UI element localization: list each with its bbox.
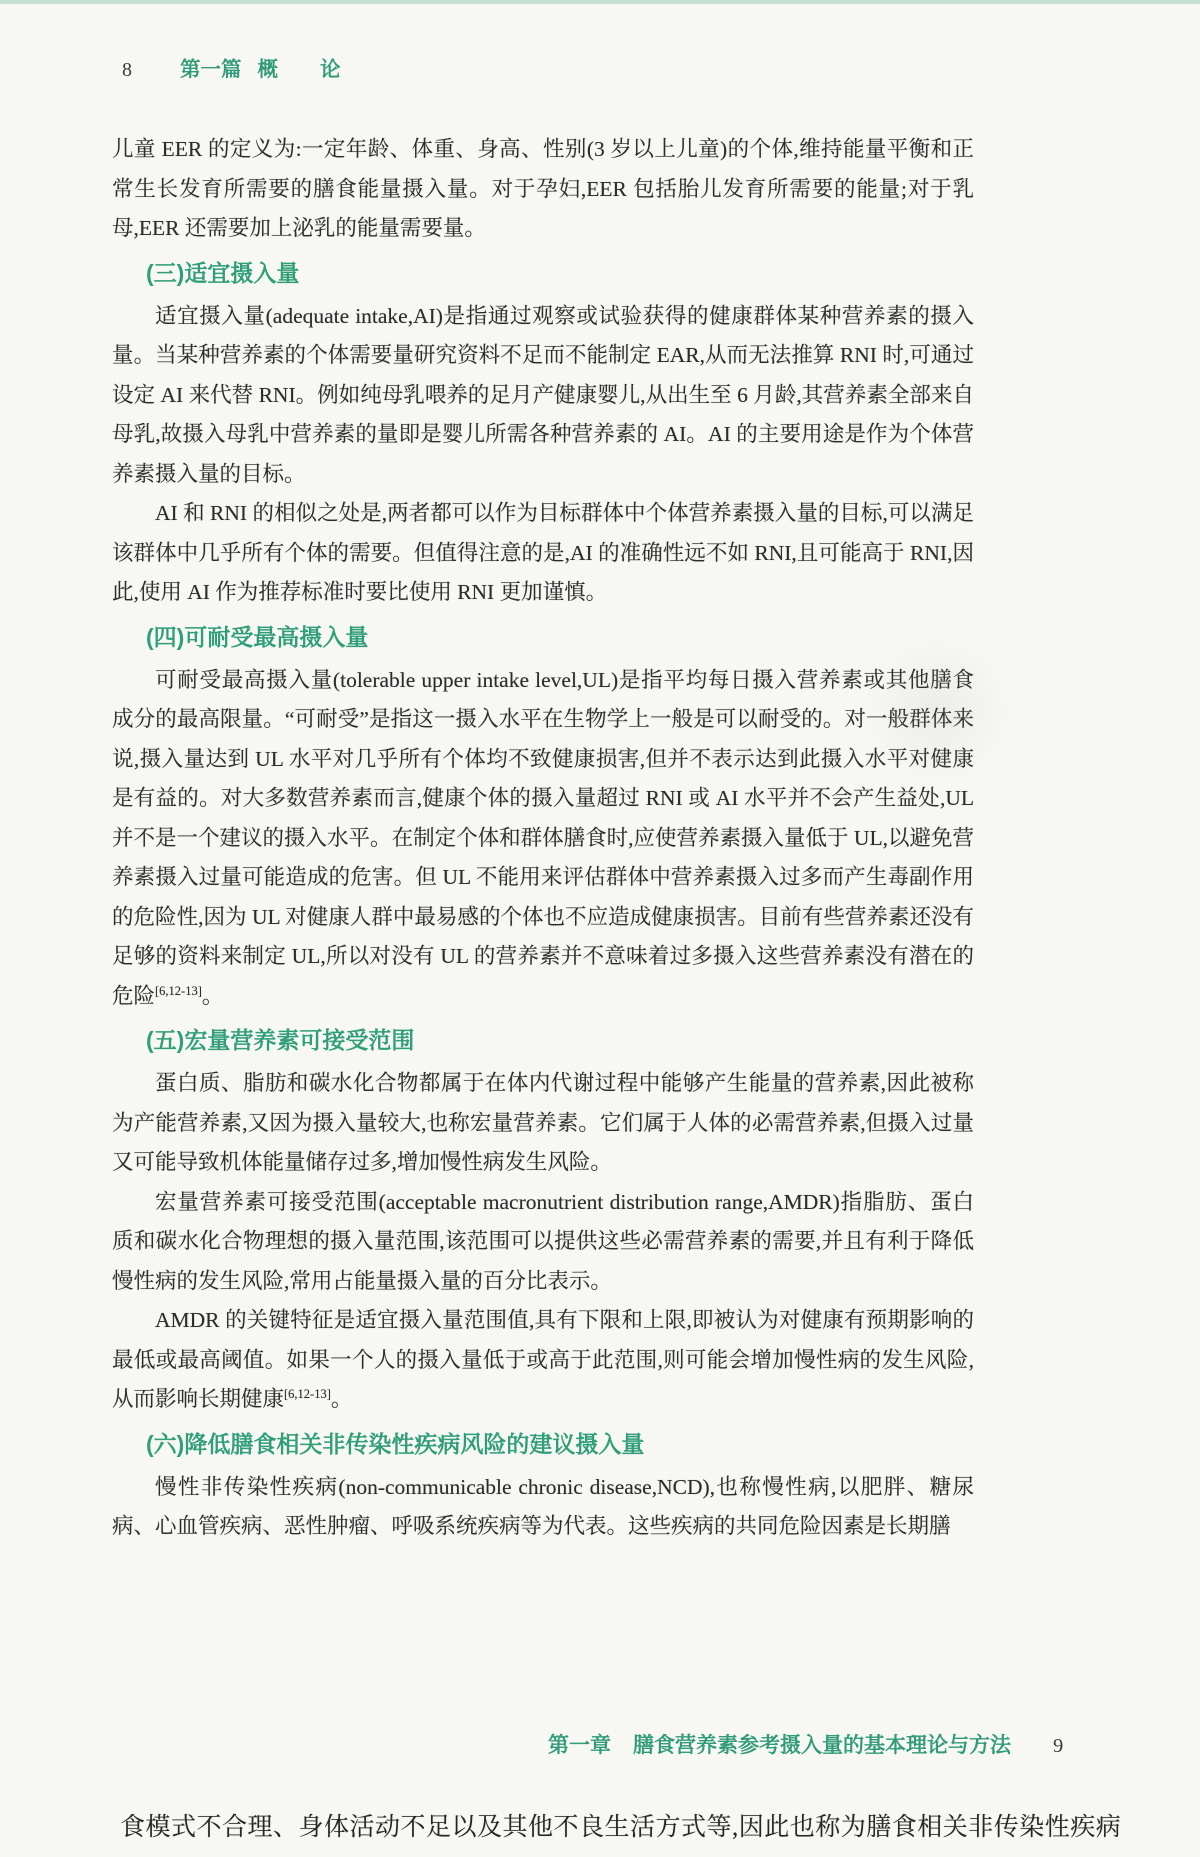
paragraph: AI 和 RNI 的相似之处是,两者都可以作为目标群体中个体营养素摄入量的目标,…	[112, 494, 974, 613]
chapter-title: 膳食营养素参考摄入量的基本理论与方法	[633, 1734, 1011, 1757]
book-page: 8第一篇概论 儿童 EER 的定义为:一定年龄、体重、身高、性别(3 岁以上儿童…	[0, 0, 1200, 1857]
paragraph-text: AMDR 的关键特征是适宜摄入量范围值,具有下限和上限,即被认为对健康有预期影响…	[112, 1308, 974, 1411]
footer-page-number: 9	[1053, 1735, 1063, 1757]
section-heading-adequate-intake: (三)适宜摄入量	[112, 253, 974, 294]
scan-edge-tint	[0, 0, 1200, 4]
citation-ref: [6,12-13]	[284, 1387, 331, 1401]
citation-ref: [6,12-13]	[155, 983, 202, 997]
section-heading-ncd-risk: (六)降低膳食相关非传染性疾病风险的建议摄入量	[112, 1424, 974, 1465]
paragraph: 适宜摄入量(adequate intake,AI)是指通过观察或试验获得的健康群…	[112, 297, 974, 495]
paragraph: AMDR 的关键特征是适宜摄入量范围值,具有下限和上限,即被认为对健康有预期影响…	[112, 1301, 974, 1420]
watermark	[858, 636, 1018, 786]
page-body: 儿童 EER 的定义为:一定年龄、体重、身高、性别(3 岁以上儿童)的个体,维持…	[112, 130, 974, 1547]
part-title: 概论	[258, 58, 383, 81]
paragraph: 宏量营养素可接受范围(acceptable macronutrient dist…	[112, 1183, 974, 1302]
next-page-first-line: 食模式不合理、身体活动不足以及其他不良生活方式等,因此也称为膳食相关非传染性疾病	[120, 1811, 1121, 1845]
paragraph: 蛋白质、脂肪和碳水化合物都属于在体内代谢过程中能够产生能量的营养素,因此被称为产…	[112, 1064, 974, 1183]
section-heading-amdr: (五)宏量营养素可接受范围	[112, 1020, 974, 1061]
running-header: 8第一篇概论	[122, 52, 383, 82]
chapter-footer: 第一章膳食营养素参考摄入量的基本理论与方法9	[548, 1729, 1063, 1759]
section-heading-tolerable-upper-intake: (四)可耐受最高摄入量	[112, 617, 974, 658]
paragraph: 慢性非传染性疾病(non-communicable chronic diseas…	[112, 1468, 974, 1547]
part-label: 第一篇	[180, 58, 242, 81]
paragraph: 可耐受最高摄入量(tolerable upper intake level,UL…	[112, 661, 974, 1017]
paragraph-text: 。	[331, 1387, 353, 1411]
paragraph-text: 。	[202, 984, 224, 1008]
paragraph-text: 可耐受最高摄入量(tolerable upper intake level,UL…	[112, 668, 974, 1008]
header-page-number: 8	[122, 59, 132, 81]
paragraph-eer-children: 儿童 EER 的定义为:一定年龄、体重、身高、性别(3 岁以上儿童)的个体,维持…	[112, 130, 974, 249]
chapter-label: 第一章	[548, 1734, 611, 1757]
